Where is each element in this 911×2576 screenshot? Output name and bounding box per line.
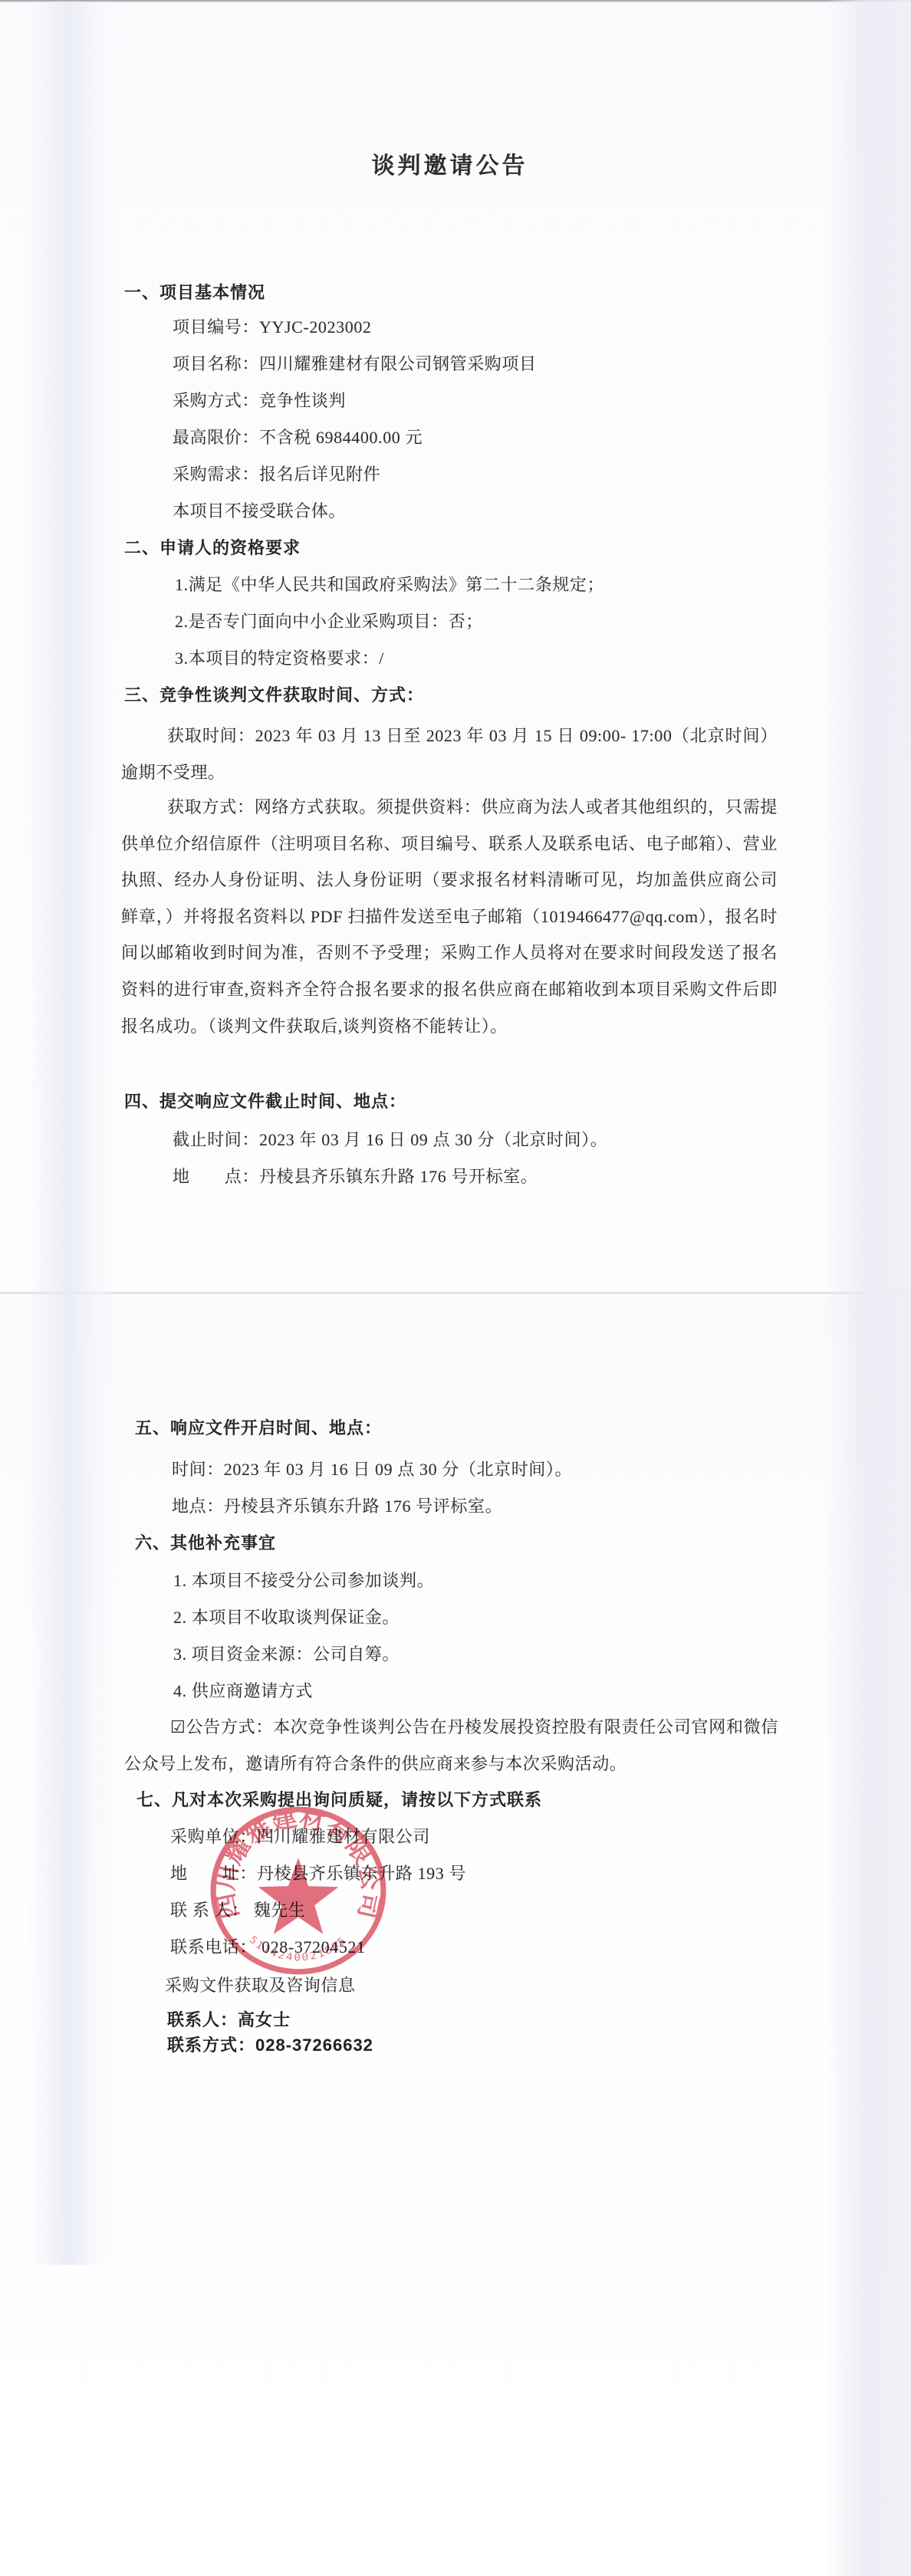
seal-star-icon [258,1858,339,1934]
line-open-time: 时间：2023 年 03 月 16 日 09 点 30 分（北京时间）。 [172,1458,572,1481]
line-procurement-method: 采购方式：竞争性谈判 [173,389,346,412]
para-announcement-method: ☑公告方式：本次竞争性谈判公告在丹棱发展投资控股有限责任公司官网和微信公众号上发… [124,1709,778,1782]
checkbox-checked-icon: ☑ [170,1717,186,1737]
line-supplement-3: 3. 项目资金来源：公司自筹。 [173,1643,400,1666]
para-obtain-time: 获取时间：2023 年 03 月 13 日至 2023 年 03 月 15 日 … [121,718,778,790]
line-supplement-2: 2. 本项目不收取谈判保证金。 [173,1606,400,1629]
section4-heading: 四、提交响应文件截止时间、地点： [124,1090,406,1113]
section1-heading: 一、项目基本情况 [124,281,265,304]
line-supplement-1: 1. 本项目不接受分公司参加谈判。 [173,1569,434,1592]
document-body: 谈判邀请公告 一、项目基本情况 项目编号：YYJC-2023002 项目名称：四… [0,0,911,2576]
para-obtain-method: 获取方式：网络方式获取。须提供资料：供应商为法人或者其他组织的，只需提供单位介绍… [121,789,778,1044]
line-project-name: 项目名称：四川耀雅建材有限公司钢管采购项目 [173,353,537,376]
line-no-consortium: 本项目不接受联合体。 [173,500,346,523]
section6-heading: 六、其他补充事宜 [135,1532,276,1555]
line-project-number: 项目编号：YYJC-2023002 [173,316,372,339]
document-title: 谈判邀请公告 [123,152,777,181]
line-open-place: 地点：丹棱县齐乐镇东升路 176 号评标室。 [172,1495,502,1518]
line-qualification-3: 3.本项目的特定资格要求：/ [175,647,384,670]
line-max-price: 最高限价：不含税 6984400.00 元 [173,426,423,449]
line-deadline-place: 地 点：丹棱县齐乐镇东升路 176 号开标室。 [173,1165,538,1188]
line-qualification-1: 1.满足《中华人民共和国政府采购法》第二十二条规定； [175,573,604,596]
section3-heading: 三、竞争性谈判文件获取时间、方式： [124,684,424,707]
section2-heading: 二、申请人的资格要求 [124,537,301,560]
seal-number-text: 5114240021805 [247,1934,350,1964]
line-contact2-phone: 联系方式：028-37266632 [167,2035,373,2056]
line-contact2-person: 联系人：高女士 [167,2009,291,2031]
section5-heading: 五、响应文件开启时间、地点： [135,1417,382,1440]
line-procurement-demand: 采购需求：报名后详见附件 [173,463,380,486]
line-qualification-2: 2.是否专门面向中小企业采购项目：否； [175,610,483,633]
announcement-method-text: 公告方式：本次竞争性谈判公告在丹棱发展投资控股有限责任公司官网和微信公众号上发布… [124,1717,778,1773]
line-supplement-4: 4. 供应商邀请方式 [173,1680,313,1703]
company-seal: 四川耀雅建材有限公司 5114240021805 [209,1806,388,1977]
line-doc-info-title: 采购文件获取及咨询信息 [165,1974,356,1997]
line-deadline-time: 截止时间：2023 年 03 月 16 日 09 点 30 分（北京时间）。 [173,1129,607,1152]
